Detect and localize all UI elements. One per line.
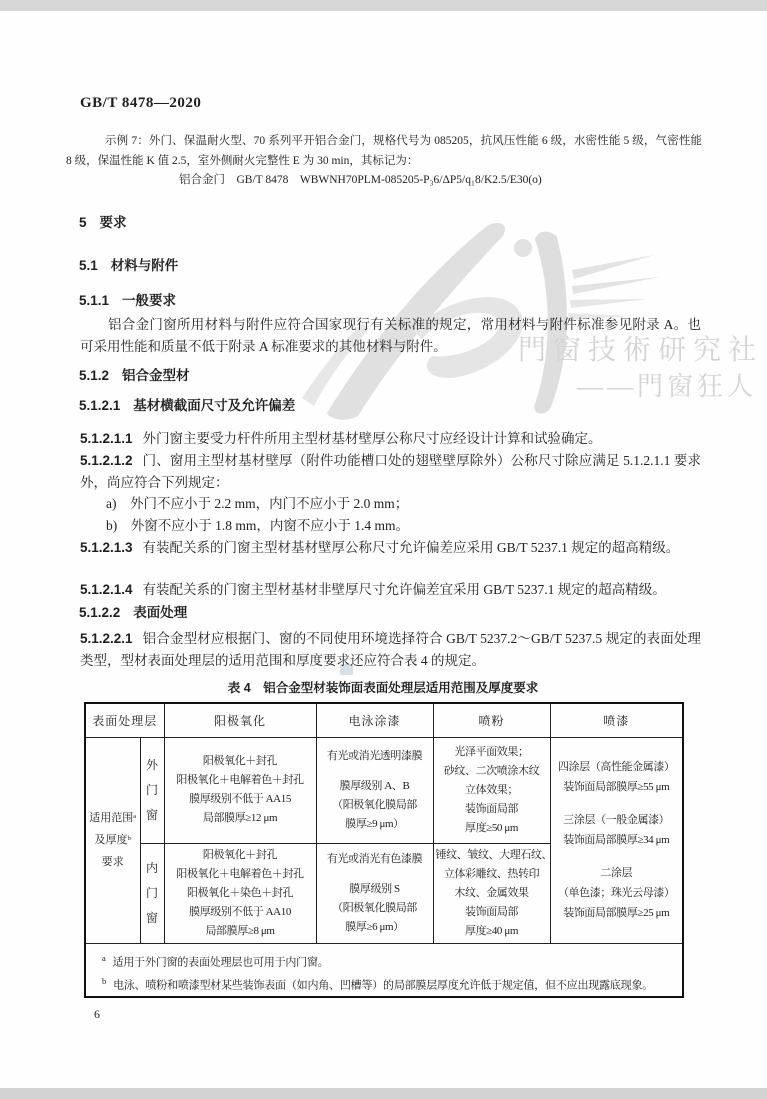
list-item-b: b) 外窗不应小于 1.8 mm，内窗不应小于 1.4 mm。: [80, 515, 727, 537]
example-7-designation: 铝合金门 GB/T 8478 WBWNH70PLM-085205-P₃6/ΔP5…: [66, 171, 767, 187]
clause-number: 5.1.2.1.1: [80, 431, 133, 446]
heading-title: 一般要求: [122, 293, 176, 308]
clause-number: 5.1.2.1.4: [80, 582, 133, 597]
clause-text: 外门窗主要受力杆件所用主型材基材壁厚公称尺寸应经设计计算和试验确定。: [143, 431, 602, 446]
table4-container: 表面处理层 阳极氧化 电泳涂漆 喷粉 喷漆 适用范围ᵃ及厚度ᵇ要求 外门窗 阳极…: [84, 702, 684, 998]
heading-title: 要求: [100, 215, 127, 230]
table4-header-anodizing: 阳极氧化: [164, 703, 316, 737]
table4-header-surface-layer: 表面处理层: [85, 703, 164, 737]
table4-cell-exterior-powder: 光泽平面效果；砂纹、二次喷涂木纹立体效果；装饰面局部厚度≥50 μm: [433, 737, 550, 843]
table4-row-exterior: 适用范围ᵃ及厚度ᵇ要求 外门窗 阳极氧化＋封孔阳极氧化＋电解着色＋封孔膜厚级别不…: [85, 737, 683, 843]
standard-code: GB/T 8478—2020: [80, 95, 201, 112]
heading-number: 5.1.2.2: [79, 605, 120, 620]
heading-title: 铝合金型材: [122, 368, 190, 383]
clause-5-1-2-1-4: 5.1.2.1.4有装配关系的门窗主型材基材非壁厚尺寸允许偏差宜采用 GB/T …: [80, 579, 701, 601]
heading-number: 5: [79, 215, 87, 230]
example-7-text: 示例 7：外门、保温耐火型、70 系列平开铝合金门，规格代号为 085205，抗…: [66, 131, 702, 171]
heading-number: 5.1.2: [79, 368, 109, 383]
table4-cell-interior-powder: 锤纹、皱纹、大理石纹、立体彩雕纹、热转印木纹、金属效果装饰面局部厚度≥40 μm: [433, 843, 550, 943]
table4-title: 表 4 铝合金型材装饰面表面处理层适用范围及厚度要求: [84, 678, 682, 696]
table4-header-powder: 喷粉: [433, 703, 550, 737]
table4-footnotes: a适用于外门窗的表面处理层也可用于内门窗。 b电泳、喷粉和喷漆型材某些装饰表面（…: [85, 943, 683, 997]
table4-cell-paint: 四涂层（高性能金属漆）装饰面局部膜厚≥55 μm 三涂层（一般金属漆）装饰面局部…: [550, 737, 683, 943]
table4-header-row: 表面处理层 阳极氧化 电泳涂漆 喷粉 喷漆: [85, 703, 683, 737]
clause-number: 5.1.2.2.1: [80, 631, 133, 646]
heading-number: 5.1: [79, 258, 98, 273]
table4-cell-interior-electrophoretic: 有光或消光有色漆膜 膜厚级别 S（阳极氧化膜局部膜厚≥6 μm）: [316, 843, 433, 943]
clause-5-1-2-1-2: 5.1.2.1.2门、窗用主型材基材壁厚（附件功能槽口处的翅壁壁厚除外）公称尺寸…: [80, 450, 701, 494]
clause-5-1-2-2-1: 5.1.2.2.1铝合金型材应根据门、窗的不同使用环境选择符合 GB/T 523…: [80, 628, 701, 672]
clause-number: 5.1.2.1.2: [80, 453, 133, 468]
table4-scope-interior: 内门窗: [140, 843, 164, 943]
heading-5-1-2-1: 5.1.2.1基材横截面尺寸及允许偏差: [79, 394, 295, 414]
clause-5-1-2-1-3: 5.1.2.1.3有装配关系的门窗主型材基材壁厚公称尺寸允许偏差应采用 GB/T…: [80, 537, 701, 559]
heading-5-1-2-2: 5.1.2.2表面处理: [79, 601, 187, 621]
heading-title: 材料与附件: [111, 258, 179, 273]
paragraph-5-1-1: 铝合金门窗所用材料与附件应符合国家现行有关标准的规定，常用材料与附件标准参见附录…: [80, 314, 701, 358]
clause-5-1-2-1-1: 5.1.2.1.1外门窗主要受力杆件所用主型材基材壁厚公称尺寸应经设计计算和试验…: [80, 428, 701, 450]
heading-5-1-1: 5.1.1一般要求: [79, 289, 176, 309]
footnote-text-b: 电泳、喷粉和喷漆型材某些装饰表面（如内角、凹槽等）的局部膜层厚度允许低于规定值，…: [113, 980, 653, 992]
heading-5-1: 5.1材料与附件: [79, 254, 178, 274]
heading-5-1-2: 5.1.2铝合金型材: [79, 364, 190, 384]
heading-title: 基材横截面尺寸及允许偏差: [133, 398, 295, 413]
clause-text: 铝合金型材应根据门、窗的不同使用环境选择符合 GB/T 5237.2～GB/T …: [80, 631, 701, 668]
watermark-text-line2: ——門窗狂人: [577, 366, 757, 403]
table4-scope-exterior: 外门窗: [140, 737, 164, 843]
scan-edge-top: [0, 0, 767, 11]
heading-number: 5.1.1: [79, 293, 109, 308]
footnote-b: b电泳、喷粉和喷漆型材某些装饰表面（如内角、凹槽等）的局部膜层厚度允许低于规定值…: [86, 972, 682, 996]
footnote-a: a适用于外门窗的表面处理层也可用于内门窗。: [86, 949, 682, 973]
clause-number: 5.1.2.1.3: [80, 540, 133, 555]
table4: 表面处理层 阳极氧化 电泳涂漆 喷粉 喷漆 适用范围ᵃ及厚度ᵇ要求 外门窗 阳极…: [84, 702, 684, 998]
table4-cell-exterior-electrophoretic: 有光或消光透明漆膜 膜厚级别 A、B（阳极氧化膜局部膜厚≥9 μm）: [316, 737, 433, 843]
heading-number: 5.1.2.1: [79, 398, 120, 413]
clause-text: 有装配关系的门窗主型材基材非壁厚尺寸允许偏差宜采用 GB/T 5237.1 规定…: [143, 582, 666, 597]
footnote-text-a: 适用于外门窗的表面处理层也可用于内门窗。: [113, 956, 329, 968]
clause-text: 有装配关系的门窗主型材基材壁厚公称尺寸允许偏差应采用 GB/T 5237.1 规…: [143, 540, 680, 555]
scanned-standard-page: 門窗技術研究社 ——門窗狂人 GB/T 8478—2020 示例 7：外门、保温…: [0, 0, 767, 1099]
heading-5: 5要求: [79, 211, 127, 231]
table4-cell-interior-anodizing: 阳极氧化＋封孔阳极氧化＋电解着色＋封孔阳极氧化＋染色＋封孔膜厚级别不低于 AA1…: [164, 843, 316, 943]
table4-footnote-row: a适用于外门窗的表面处理层也可用于内门窗。 b电泳、喷粉和喷漆型材某些装饰表面（…: [85, 943, 683, 997]
table4-row-label: 适用范围ᵃ及厚度ᵇ要求: [85, 737, 140, 943]
table4-header-electrophoretic: 电泳涂漆: [316, 703, 433, 737]
scan-edge-bottom: [0, 1088, 767, 1099]
footnote-mark-a: a: [102, 953, 106, 963]
page-number: 6: [94, 1007, 100, 1022]
clause-text: 门、窗用主型材基材壁厚（附件功能槽口处的翅壁壁厚除外）公称尺寸除应满足 5.1.…: [80, 453, 701, 490]
table4-cell-exterior-anodizing: 阳极氧化＋封孔阳极氧化＋电解着色＋封孔膜厚级别不低于 AA15局部膜厚≥12 μ…: [164, 737, 316, 843]
footnote-mark-b: b: [102, 976, 106, 986]
heading-title: 表面处理: [133, 605, 187, 620]
table4-header-paint: 喷漆: [550, 703, 683, 737]
list-item-a: a) 外门不应小于 2.2 mm，内门不应小于 2.0 mm；: [80, 493, 727, 515]
